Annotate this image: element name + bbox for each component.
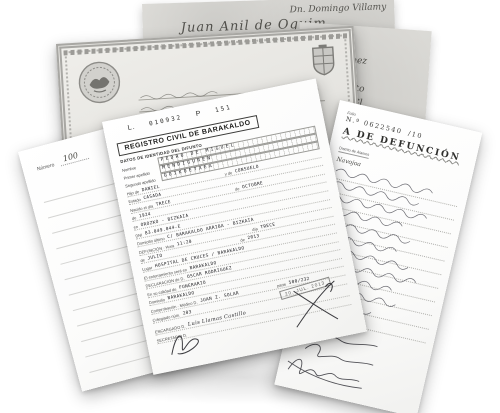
eagle-seal-icon — [76, 59, 123, 106]
number-value: 100 — [58, 148, 89, 166]
field-label: Colegiado núm. — [152, 312, 180, 322]
field-value: 203 — [182, 309, 192, 316]
field-label: de — [240, 237, 245, 243]
document-fan-photo: Juan Anil de Oguim Dn. Domingo Villamy s… — [0, 0, 500, 413]
signature-x-scrawl — [285, 278, 347, 332]
field-label: de — [234, 186, 239, 192]
shield-crest-icon — [310, 44, 338, 78]
signature-scrawl — [160, 319, 212, 363]
field-label: de — [140, 258, 145, 264]
field-label: de — [131, 216, 136, 222]
field-label: en — [133, 224, 138, 230]
serial-p-label: P — [195, 110, 202, 118]
number-label: Número — [36, 162, 55, 172]
manuscript-side-note: Dn. Domingo Villamy — [290, 2, 387, 15]
serial-p-value: 151 — [215, 104, 233, 114]
serial-l-label: L. — [127, 123, 136, 131]
serial-l-value: 010932 — [149, 114, 183, 128]
